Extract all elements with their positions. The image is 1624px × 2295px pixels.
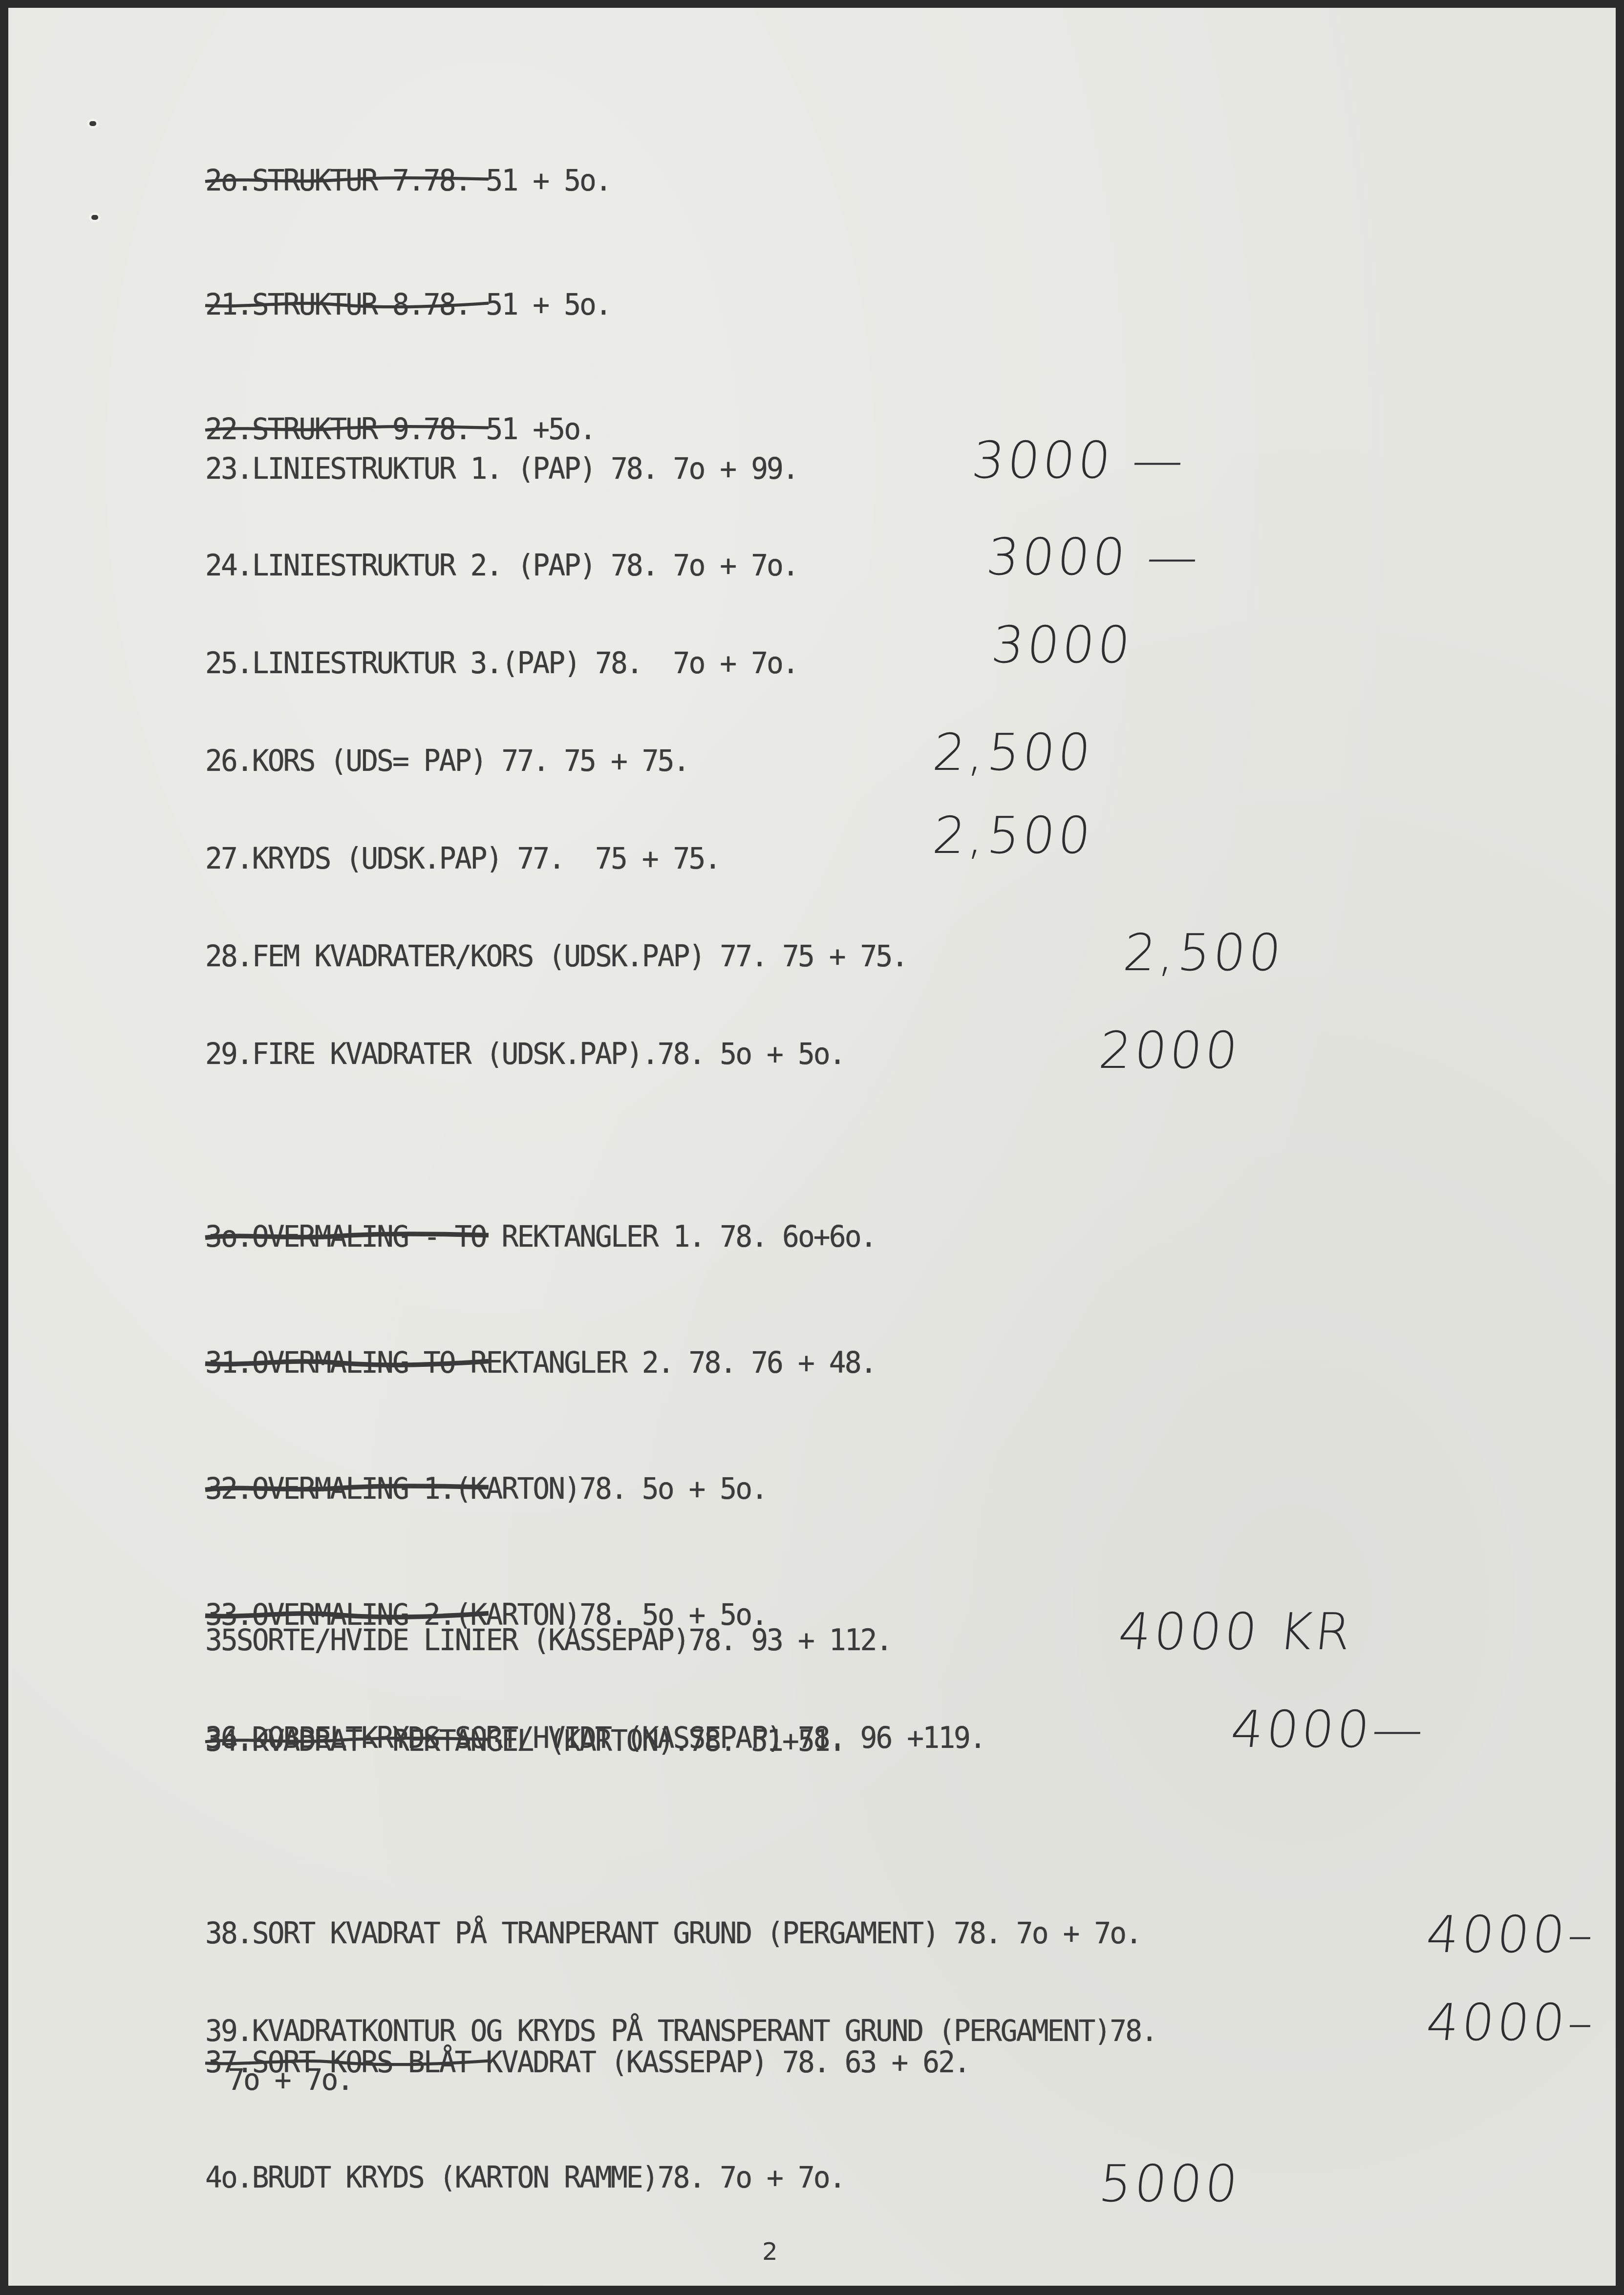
punch-hole-mark [89, 121, 96, 126]
handwritten-price: 3000 [989, 619, 1136, 670]
handwritten-price: 3000 — [984, 531, 1204, 582]
entry-text: 24.LINIESTRUKTUR 2. (PAP) 78. 7o + 7o. [205, 548, 798, 582]
entry-continuation: 7o + 7o. [228, 2065, 352, 2095]
entry-text: 28.FEM KVADRATER/KORS (UDSK.PAP) 77. 75 … [205, 938, 907, 973]
handwritten-price: 2000 [1097, 1025, 1243, 1076]
entry-line-struck: 32.OVERMALING 1.(KARTON)78. 5o + 5o. [205, 1474, 1624, 1504]
punch-hole-mark [91, 215, 98, 220]
entry-line: 35SORTE/HVIDE LINIER (KASSEPAP)78. 93 + … [205, 1625, 891, 1655]
entry-text: 22.STRUKTUR 9.78. 51 +5o. [205, 411, 595, 446]
entry-line: 26.KORS (UDS= PAP) 77. 75 + 75. [205, 746, 689, 776]
entry-text: 39.KVADRATKONTUR OG KRYDS PÅ TRANSPERANT… [205, 2013, 1156, 2048]
entry-line-struck: 2o.STRUKTUR 7.78. 51 + 5o. [205, 166, 1624, 195]
entry-text: 35SORTE/HVIDE LINIER (KASSEPAP)78. 93 + … [205, 1622, 891, 1657]
entry-line: 23.LINIESTRUKTUR 1. (PAP) 78. 7o + 99. [205, 454, 798, 484]
page-number: 2 [762, 2237, 778, 2266]
handwritten-price: 5000 [1097, 2158, 1243, 2209]
entry-line: 25.LINIESTRUKTUR 3.(PAP) 78. 7o + 7o. [205, 648, 798, 678]
entry-line: 24.LINIESTRUKTUR 2. (PAP) 78. 7o + 7o. [205, 551, 798, 580]
entry-line-struck: 22.STRUKTUR 9.78. 51 +5o. [205, 414, 1624, 444]
handwritten-price: 3000 — [970, 435, 1189, 486]
entry-text: 2o.STRUKTUR 7.78. 51 + 5o. [205, 163, 611, 197]
entry-text: 26.KORS (UDS= PAP) 77. 75 + 75. [205, 743, 689, 778]
entry-text: 23.LINIESTRUKTUR 1. (PAP) 78. 7o + 99. [205, 451, 798, 486]
entry-text: 38.SORT KVADRAT PÅ TRANPERANT GRUND (PER… [205, 1915, 1141, 1950]
entry-text: 27.KRYDS (UDSK.PAP) 77. 75 + 75. [205, 841, 720, 875]
entry-line: 4o.BRUDT KRYDS (KARTON RAMME)78. 7o + 7o… [205, 2163, 845, 2192]
entry-text: 31.OVERMALING TO REKTANGLER 2. 78. 76 + … [205, 1345, 876, 1380]
entry-line-struck: 21.STRUKTUR 8.78. 51 + 5o. [205, 290, 1624, 319]
entry-text: 3o.OVERMALING - TO REKTANGLER 1. 78. 6o+… [205, 1219, 876, 1254]
entry-line: 38.SORT KVADRAT PÅ TRANPERANT GRUND (PER… [205, 1918, 1141, 1948]
entry-line-struck: 3o.OVERMALING - TO REKTANGLER 1. 78. 6o+… [205, 1222, 1624, 1252]
entry-line: 27.KRYDS (UDSK.PAP) 77. 75 + 75. [205, 844, 720, 873]
entry-text: 32.OVERMALING 1.(KARTON)78. 5o + 5o. [205, 1471, 767, 1506]
entry-line-struck: 31.OVERMALING TO REKTANGLER 2. 78. 76 + … [205, 1348, 1624, 1378]
handwritten-price: 4000 KR [1116, 1606, 1356, 1657]
handwritten-price: 2,500 [931, 810, 1096, 861]
entry-line: 39.KVADRATKONTUR OG KRYDS PÅ TRANSPERANT… [205, 2016, 1156, 2046]
entry-text: 36.DOBBELTKRYDS SORT/HVIDT (KASSEPAP) 78… [205, 1720, 985, 1755]
entry-line: 29.FIRE KVADRATER (UDSK.PAP).78. 5o + 5o… [205, 1039, 845, 1069]
entry-text: 29.FIRE KVADRATER (UDSK.PAP).78. 5o + 5o… [205, 1036, 845, 1071]
handwritten-price: 4000– [1424, 1997, 1599, 2048]
handwritten-price: 4000– [1424, 1909, 1599, 1960]
entry-line: 36.DOBBELTKRYDS SORT/HVIDT (KASSEPAP) 78… [205, 1723, 985, 1753]
handwritten-price: 4000— [1229, 1704, 1429, 1755]
handwritten-price: 2,500 [1121, 927, 1287, 978]
entry-line-struck: 37.SORT KORS BLÅT KVADRAT (KASSEPAP) 78.… [205, 2047, 1624, 2077]
entry-text: 4o.BRUDT KRYDS (KARTON RAMME)78. 7o + 7o… [205, 2160, 845, 2194]
entry-line: 28.FEM KVADRATER/KORS (UDSK.PAP) 77. 75 … [205, 941, 907, 971]
entry-text: 21.STRUKTUR 8.78. 51 + 5o. [205, 287, 611, 321]
entry-text: 25.LINIESTRUKTUR 3.(PAP) 78. 7o + 7o. [205, 645, 798, 680]
handwritten-price: 2,500 [931, 727, 1096, 778]
